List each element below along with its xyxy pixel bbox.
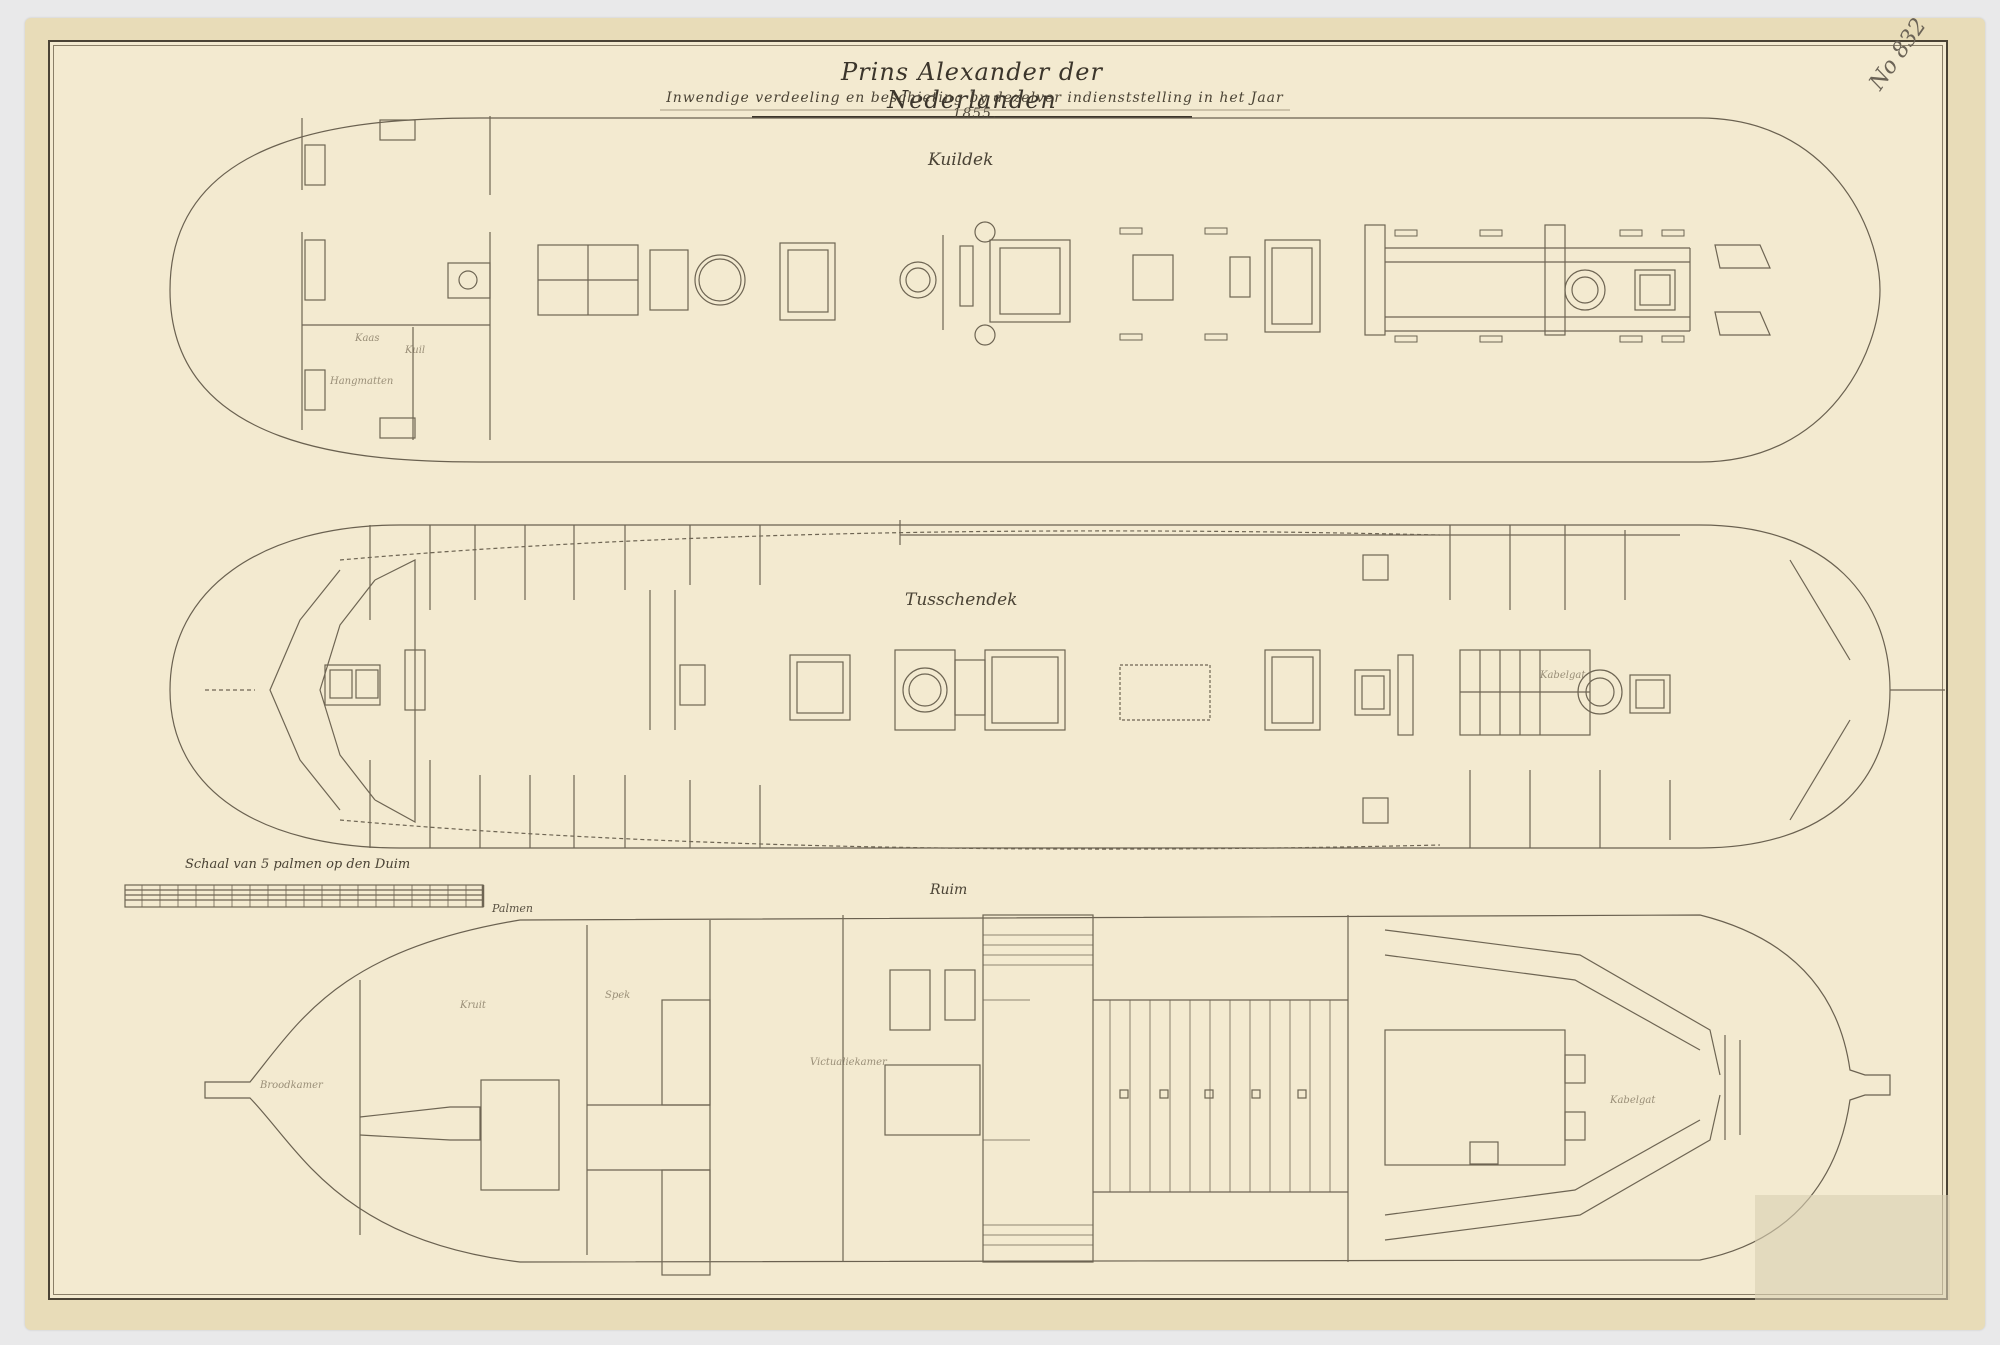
- scale-bar: [125, 885, 483, 907]
- ruim-plan: [205, 915, 1890, 1275]
- tusschendek-plan: [170, 520, 1945, 849]
- ship-plans-drawing: [0, 0, 2000, 1345]
- kuildek-plan: [170, 116, 1880, 462]
- paper-stain: [1755, 1195, 1950, 1300]
